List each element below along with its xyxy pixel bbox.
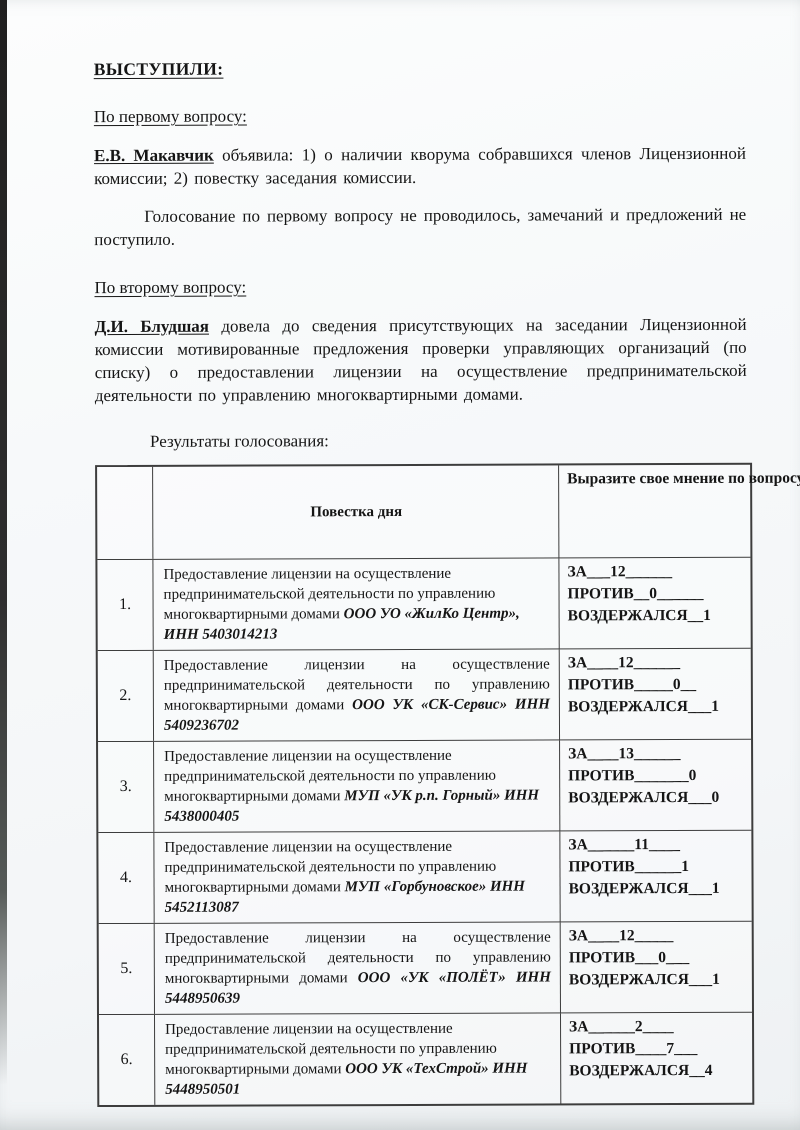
document-content: ВЫСТУПИЛИ: По первому вопросу: Е.В. Мака…	[0, 0, 800, 1107]
agenda-cell: Предоставление лицензии на осуществление…	[154, 831, 560, 922]
section2-paragraph: Д.И. Блудшая довела до сведения присутст…	[95, 313, 747, 407]
vote-cell: ЗА____12_____ ПРОТИВ___0___ ВОЗДЕРЖАЛСЯ_…	[561, 922, 752, 1013]
agenda-cell: Предоставление лицензии на осуществление…	[155, 922, 561, 1013]
row-number: 5.	[99, 924, 155, 1014]
vote-protiv: ПРОТИВ_____0__	[568, 674, 747, 697]
vote-za: ЗА______2____	[569, 1016, 748, 1039]
table-row: 5. Предоставление лицензии на осуществле…	[99, 921, 752, 1014]
vote-za: ЗА____12_____	[569, 925, 748, 948]
vote-vozderzhalsya: ВОЗДЕРЖАЛСЯ___1	[568, 696, 747, 719]
vote-protiv: ПРОТИВ______1	[568, 856, 747, 879]
vote-protiv: ПРОТИВ_______0	[568, 765, 747, 788]
table-row: 3. Предоставление лицензии на осуществле…	[98, 739, 751, 832]
row-number: 6.	[99, 1015, 155, 1105]
scanned-document: { "doc": { "heading": "ВЫСТУПИЛИ:", "sec…	[0, 0, 800, 1130]
table-row: 2. Предоставление лицензии на осуществле…	[98, 648, 751, 741]
header-number-cell	[97, 467, 153, 559]
section1-note: Голосование по первому вопросу не провод…	[94, 203, 746, 251]
vote-cell: ЗА____12______ ПРОТИВ_____0__ ВОЗДЕРЖАЛС…	[560, 649, 751, 740]
section2-heading: По второму вопросу:	[94, 276, 746, 298]
speaker-name-makavchik: Е.В. Макавчик	[94, 146, 214, 165]
vote-za: ЗА____13______	[568, 743, 747, 766]
agenda-cell: Предоставление лицензии на осуществление…	[153, 558, 559, 649]
table-row: 1. Предоставление лицензии на осуществле…	[97, 557, 750, 650]
speaker-name-bludshaya: Д.И. Блудшая	[95, 317, 209, 336]
row-number: 3.	[98, 742, 154, 832]
vote-cell: ЗА___12______ ПРОТИВ__0______ ВОЗДЕРЖАЛС…	[559, 558, 750, 649]
row-number: 2.	[98, 651, 154, 741]
vote-za: ЗА____12______	[568, 652, 747, 675]
agenda-cell: Предоставление лицензии на осуществление…	[154, 649, 560, 740]
vote-protiv: ПРОТИВ__0______	[567, 583, 746, 606]
table-row: 6. Предоставление лицензии на осуществле…	[99, 1012, 752, 1105]
results-label: Результаты голосования:	[95, 430, 747, 452]
agenda-cell: Предоставление лицензии на осуществление…	[155, 1013, 561, 1104]
vote-vozderzhalsya: ВОЗДЕРЖАЛСЯ__1	[568, 605, 747, 628]
vote-za: ЗА______11____	[568, 834, 747, 857]
vote-header-text: Выразите свое мнение по вопросу повестки…	[567, 469, 800, 488]
table-row: 4. Предоставление лицензии на осуществле…	[98, 830, 751, 923]
vote-vozderzhalsya: ВОЗДЕРЖАЛСЯ___1	[569, 878, 748, 901]
vote-vozderzhalsya: ВОЗДЕРЖАЛСЯ__4	[569, 1060, 748, 1083]
row-number: 1.	[97, 560, 153, 650]
vote-vozderzhalsya: ВОЗДЕРЖАЛСЯ___0	[568, 787, 747, 810]
voting-results-table: Повестка дня Выразите свое мнение по воп…	[95, 463, 754, 1107]
section1-heading: По первому вопросу:	[94, 105, 746, 127]
vote-cell: ЗА____13______ ПРОТИВ_______0 ВОЗДЕРЖАЛС…	[560, 740, 751, 831]
header-vote-cell: Выразите свое мнение по вопросу повестки…	[559, 464, 800, 558]
vote-protiv: ПРОТИВ___0___	[569, 947, 748, 970]
vote-cell: ЗА______11____ ПРОТИВ______1 ВОЗДЕРЖАЛСЯ…	[560, 831, 751, 922]
document-heading: ВЫСТУПИЛИ:	[94, 57, 746, 80]
table-header-row: Повестка дня Выразите свое мнение по воп…	[97, 465, 750, 559]
paper-sheet: ВЫСТУПИЛИ: По первому вопросу: Е.В. Мака…	[0, 0, 800, 1130]
vote-protiv: ПРОТИВ____7___	[569, 1038, 748, 1061]
header-agenda-cell: Повестка дня	[153, 465, 559, 558]
vote-cell: ЗА______2____ ПРОТИВ____7___ ВОЗДЕРЖАЛСЯ…	[561, 1013, 752, 1104]
agenda-cell: Предоставление лицензии на осуществление…	[154, 740, 560, 831]
row-number: 4.	[98, 833, 154, 923]
vote-vozderzhalsya: ВОЗДЕРЖАЛСЯ___1	[569, 969, 748, 992]
section1-paragraph: Е.В. Макавчик объявила: 1) о наличии кво…	[94, 142, 746, 190]
vote-za: ЗА___12______	[567, 561, 746, 584]
